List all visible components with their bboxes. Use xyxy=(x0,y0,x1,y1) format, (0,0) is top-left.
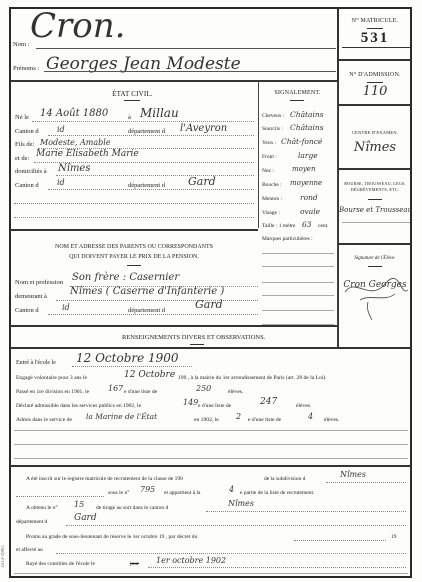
obtenu-label-b: de tirage au sort dans le canton d xyxy=(96,505,168,511)
etat-civil-title: ÉTAT CIVIL. xyxy=(10,90,255,98)
field-line xyxy=(206,511,406,512)
obtenu-canton: Nîmes xyxy=(228,499,254,508)
divider xyxy=(190,344,204,345)
field-line xyxy=(262,266,334,267)
field-line xyxy=(326,482,406,483)
field-line xyxy=(56,553,406,554)
admission-value: 110 xyxy=(344,84,406,99)
parents-title-line1: NOM ET ADRESSE DES PARENTS OU CORRESPOND… xyxy=(10,244,258,250)
matricule-label: N° MATRICULE. xyxy=(339,18,411,24)
et-de-value: Marie Elisabeth Marie xyxy=(36,149,139,159)
prenoms-line xyxy=(44,71,336,72)
field-line xyxy=(56,175,254,176)
parents-departement-value: Gard xyxy=(195,298,223,311)
fils-de-value: Modeste, Amable xyxy=(40,138,111,147)
centre-label: CENTRE D'EXAMEN. xyxy=(339,130,411,135)
divider xyxy=(368,199,382,200)
admis-total: 4 xyxy=(308,412,313,421)
field-line xyxy=(66,525,406,526)
divider xyxy=(127,265,141,266)
nom-value: Cron. xyxy=(30,6,125,46)
sous-label-b: et appartient à la xyxy=(164,490,201,496)
declare-rank: 149 xyxy=(183,398,198,407)
signature-label: Signature de l'Élève. xyxy=(339,256,411,261)
yeux-label: Yeux : xyxy=(262,140,276,146)
field-line xyxy=(48,189,254,190)
divider xyxy=(339,168,411,170)
sous-label-c: e partie de la liste de recrutement. xyxy=(240,490,314,496)
passe-total: 250 xyxy=(196,384,211,393)
declare-label-b: e d'une liste de xyxy=(198,403,231,409)
promu-year-label: 19 xyxy=(391,534,397,540)
divider xyxy=(368,266,382,267)
centre-value: Nîmes xyxy=(339,140,411,155)
signalement-title: SIGNALEMENT. xyxy=(258,90,337,96)
departement2-label: département d xyxy=(128,182,165,189)
parents-departement-label: département d xyxy=(128,307,165,314)
raye-label: Rayé des contrôles de l'école le xyxy=(26,561,95,567)
inscrit-label-b: de la subdivision d xyxy=(264,476,305,482)
column-divider xyxy=(258,81,259,228)
field-line xyxy=(48,314,258,315)
domicilies-value: Nîmes xyxy=(58,163,90,174)
bourse-value: Bourse et Trousseau xyxy=(339,206,411,214)
prenoms-label: Prénoms : xyxy=(13,65,39,72)
canton1-value: id xyxy=(57,125,65,134)
engage-value: 12 Octobre xyxy=(124,370,175,380)
cheveux-label: Cheveux : xyxy=(262,113,284,119)
divider xyxy=(10,347,411,349)
divider xyxy=(339,243,411,245)
declare-label-c: élèves. xyxy=(296,403,311,409)
nez-value: moyen xyxy=(292,165,315,173)
field-line xyxy=(56,300,258,301)
signature-flourish-icon xyxy=(340,272,410,322)
divider xyxy=(339,59,411,61)
side-stamp: 3313-1900. xyxy=(1,545,6,568)
visage-label: Visage : xyxy=(262,210,280,216)
domicilies-label: domiciliés à xyxy=(15,168,47,175)
field-line xyxy=(32,121,254,122)
field-line xyxy=(48,135,254,136)
divider xyxy=(10,325,337,327)
admission-label: N° D'ADMISSION. xyxy=(339,72,411,78)
menton-label: Menton : xyxy=(262,196,282,202)
et-de-label: et de: xyxy=(15,155,29,162)
entre-label: Entré à l'école le xyxy=(16,360,56,366)
inscrit-label-a: A été inscrit sur le registre matricule … xyxy=(26,476,183,482)
nom-line xyxy=(36,48,336,49)
demeurant-label: demeurant à xyxy=(15,293,47,300)
parents-canton-value: id xyxy=(62,303,70,312)
sourcils-label: Sourcils : xyxy=(262,126,283,132)
admis-label-a: Admis dans le service de xyxy=(16,417,72,423)
marques-label: Marques particulières : xyxy=(262,236,313,242)
divider xyxy=(290,100,304,101)
field-line xyxy=(14,203,254,204)
sous-value: 795 xyxy=(140,485,155,494)
ne-le-value: 14 Août 1880 xyxy=(40,108,108,119)
cheveux-value: Châtains xyxy=(290,110,324,119)
affecte-label: et affecté au xyxy=(16,547,43,553)
departement1-label: département d xyxy=(128,128,165,135)
field-line xyxy=(262,310,334,311)
bouche-label: Bouche : xyxy=(262,182,282,188)
divider xyxy=(124,100,140,101)
taille-unit: cent. xyxy=(318,223,329,229)
field-line xyxy=(262,295,334,296)
entre-value: 12 Octobre 1900 xyxy=(76,351,179,365)
taille-value: 63 xyxy=(302,220,312,229)
field-line xyxy=(14,458,408,459)
field-line xyxy=(16,496,104,497)
admis-label-d: élèves. xyxy=(324,417,339,423)
promu-label: Promu au grade de sous-lieutenant de rés… xyxy=(26,534,197,540)
bourse-label: BOURSE, TROUSSEAU, LEGS, DÉGRÈVEMENTS, E… xyxy=(339,181,411,192)
field-line xyxy=(262,253,334,254)
divider xyxy=(10,465,411,467)
admis-service: la Marine de l'État xyxy=(86,412,157,421)
renseignements-title: RENSEIGNEMENTS DIVERS ET OBSERVATIONS. xyxy=(122,334,265,341)
field-line xyxy=(14,430,408,431)
menton-value: rond xyxy=(300,193,318,202)
raye-value: 1er octobre 1902 xyxy=(156,556,226,565)
field-line xyxy=(294,540,386,541)
matricule-value: 531 xyxy=(344,30,406,47)
field-line xyxy=(72,366,192,367)
canton1-label: Canton d xyxy=(15,128,39,135)
field-line xyxy=(14,444,408,445)
departement2-value: Gard xyxy=(188,175,216,188)
demeurant-value: Nîmes ( Caserne d'Infanterie ) xyxy=(70,286,224,297)
passe-label-c: élèves. xyxy=(228,389,243,395)
matricule-line xyxy=(342,47,410,48)
divider xyxy=(367,82,383,83)
canton2-value: id xyxy=(57,178,65,187)
divider xyxy=(10,229,258,231)
birthplace-value: Millau xyxy=(140,106,179,120)
field-line xyxy=(148,567,406,568)
visage-value: ovale xyxy=(300,207,320,216)
engage-label-a: Engagé volontaire pour 3 ans le xyxy=(16,375,87,381)
obtenu-label-a: A obtenu le n° xyxy=(26,505,58,511)
field-line xyxy=(262,282,334,283)
passe-label-b: e d'une liste de xyxy=(124,389,157,395)
sous-label-a: sous le n° xyxy=(108,490,129,496)
admis-label-c: e d'une liste de xyxy=(248,417,281,423)
declare-total: 247 xyxy=(260,397,277,407)
admis-label-b: en 1902, le xyxy=(194,417,219,423)
parents-title-line2: QUI DOIVENT PAYER LE PRIX DE LA PENSION. xyxy=(10,254,258,260)
field-line xyxy=(342,222,410,223)
a-label: à xyxy=(128,114,131,121)
departement1-value: l'Aveyron xyxy=(180,123,227,134)
nom-profession-label: Nom et profession xyxy=(15,279,63,286)
yeux-value: Chât-foncé xyxy=(281,137,322,146)
field-line xyxy=(14,573,408,574)
bouche-value: moyenne xyxy=(290,179,322,187)
passe-label-a: Passé en 1re division en 1901, le xyxy=(16,389,89,395)
engage-label-b: 190 , à la mairie du 1er arrondissement … xyxy=(178,375,327,381)
divider xyxy=(10,80,337,82)
divider xyxy=(367,28,383,29)
nom-profession-value: Son frère : Casernier xyxy=(72,272,179,283)
front-label: Front : xyxy=(262,154,277,160)
recrut-departement-value: Gard xyxy=(74,513,97,523)
sourcils-value: Châtains xyxy=(290,123,324,132)
partie-value: 4 xyxy=(229,485,234,494)
admis-rank: 2 xyxy=(236,412,241,421)
parents-canton-label: Canton d xyxy=(15,307,39,314)
front-value: large xyxy=(298,151,318,160)
raye-struck: jour xyxy=(130,561,139,567)
declare-label-a: Déclaré admissible dans les services pub… xyxy=(16,403,141,409)
nom-label: Nom : xyxy=(13,41,29,48)
column-divider xyxy=(337,81,338,347)
inscrit-value: Nîmes xyxy=(340,470,366,479)
recrut-departement-label: département d xyxy=(16,519,47,525)
nez-label: Nez : xyxy=(262,168,274,174)
field-line xyxy=(14,217,254,218)
ne-le-label: Né le xyxy=(15,114,29,121)
fils-de-label: Fils de: xyxy=(15,141,34,148)
passe-rank: 167 xyxy=(108,384,123,393)
obtenu-value: 15 xyxy=(74,500,84,509)
divider xyxy=(339,104,411,106)
canton2-label: Canton d xyxy=(15,182,39,189)
taille-label: Taille : 1 mètre xyxy=(262,223,295,229)
